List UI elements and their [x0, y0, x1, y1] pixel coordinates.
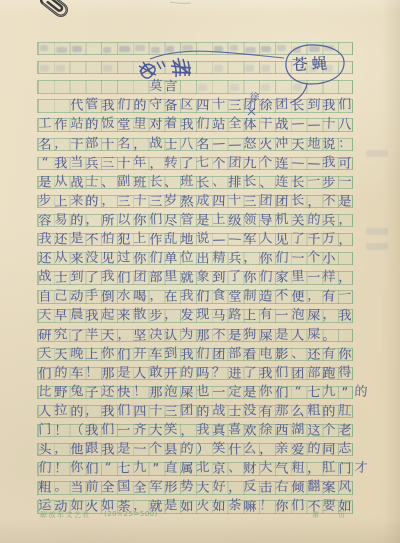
handwritten-char: 军 — [147, 479, 164, 496]
handwritten-char: 见 — [274, 232, 290, 248]
handwritten-char: 自 — [37, 289, 53, 305]
handwritten-char: 十 — [321, 116, 338, 133]
handwritten-char: 喜 — [226, 421, 242, 438]
handwritten-char: 九 — [321, 383, 337, 400]
handwritten-char: 起 — [100, 307, 117, 324]
handwritten-char: 七 — [116, 460, 132, 476]
handwritten-char: 大 — [258, 459, 274, 476]
handwritten-char: ， — [305, 288, 322, 305]
handwritten-char: 食 — [210, 287, 226, 304]
footer-page-suffix: 页 — [338, 510, 347, 520]
handwritten-char: 家 — [274, 269, 290, 285]
handwritten-char: 亲 — [274, 440, 290, 457]
handwritten-char: 地 — [179, 231, 195, 247]
handwritten-char: ， — [305, 193, 321, 209]
handwritten-char: 怕 — [100, 230, 117, 247]
handwritten-char: 我 — [100, 403, 116, 419]
handwritten-char: 位 — [179, 249, 195, 266]
handwritten-char: 团 — [274, 193, 290, 209]
handwritten-char: 们 — [258, 268, 275, 285]
ghost-ink-smudge — [261, 65, 270, 72]
handwritten-char: 战 — [210, 402, 227, 419]
handwritten-char: 到 — [68, 268, 85, 285]
handwritten-char: 得 — [337, 364, 353, 381]
handwritten-char: 了 — [242, 364, 259, 381]
handwritten-char: ， — [305, 460, 321, 476]
handwritten-char: 就 — [179, 270, 195, 286]
handwritten-char: 湖 — [289, 421, 305, 438]
handwritten-char: 岁 — [163, 192, 179, 209]
handwritten-char: 名 — [37, 136, 53, 152]
handwritten-char: 财 — [242, 460, 258, 476]
erased-ink-smudge — [166, 46, 174, 52]
handwritten-char: 也 — [195, 383, 211, 400]
erased-ink-smudge — [324, 45, 334, 51]
handwritten-char: 容 — [37, 212, 53, 228]
handwritten-char: 我 — [100, 98, 116, 114]
handwritten-char: 嘛 — [242, 499, 258, 515]
handwritten-char: 团 — [226, 154, 243, 171]
handwritten-char: 们 — [274, 384, 290, 400]
footer-grid-spec: (20×25=500) — [104, 510, 158, 518]
erased-ink-smudge — [119, 46, 130, 52]
handwritten-char: 、 — [258, 174, 274, 190]
handwritten-char: 象 — [195, 268, 212, 285]
handwritten-char: 国 — [116, 478, 132, 495]
handwritten-char: 们 — [37, 459, 54, 476]
handwritten-char: 小 — [321, 251, 337, 267]
handwritten-char: 班 — [179, 173, 195, 190]
handwritten-char: 管 — [84, 96, 100, 113]
handwritten-char: 来 — [68, 251, 84, 267]
handwritten-char: 头 — [37, 442, 53, 458]
handwritten-char: 晨 — [68, 306, 84, 323]
handwritten-char: 部 — [305, 364, 322, 381]
handwritten-char: — — [305, 155, 321, 171]
handwritten-char: 一 — [211, 384, 227, 400]
handwritten-char: 连 — [274, 155, 290, 171]
erased-ink-smudge — [245, 47, 256, 53]
handwritten-char: 人 — [290, 327, 306, 343]
handwritten-char: 们 — [100, 421, 116, 438]
handwritten-char: 不 — [210, 326, 227, 343]
handwritten-char: ， — [147, 155, 163, 171]
handwritten-char: ！ — [53, 460, 69, 476]
handwritten-char: 进 — [226, 365, 242, 381]
handwritten-char: — — [305, 117, 321, 133]
handwritten-char: 乱 — [163, 230, 180, 247]
handwritten-char: 我 — [179, 117, 195, 133]
handwritten-char: 精 — [210, 249, 227, 266]
handwritten-char: 屎 — [305, 326, 321, 343]
handwritten-char: 晚 — [68, 345, 85, 362]
handwritten-char: 士 — [53, 270, 69, 286]
handwritten-char: 天 — [37, 307, 54, 324]
handwritten-char: 们 — [116, 270, 132, 286]
handwritten-char: 荼 — [226, 497, 242, 514]
handwritten-char: 长 — [195, 174, 211, 190]
handwritten-char: 转 — [163, 154, 180, 171]
handwritten-char: 了 — [84, 269, 100, 285]
handwritten-char: 你 — [258, 383, 274, 400]
handwritten-char: ！ — [53, 423, 69, 439]
handwritten-char: （ — [68, 421, 85, 438]
handwritten-char: 天 — [37, 345, 53, 362]
handwritten-char: 的 — [52, 364, 69, 381]
handwritten-char: 全 — [100, 479, 116, 495]
handwritten-char: ， — [226, 479, 242, 495]
handwritten-char: 我 — [100, 442, 116, 458]
handwritten-char: 一 — [305, 173, 321, 190]
handwritten-char: 是 — [37, 174, 53, 190]
handwritten-char: 个 — [211, 155, 227, 171]
handwritten-char: 你 — [258, 251, 274, 267]
handwritten-char: 们 — [147, 249, 164, 266]
handwritten-char: 了 — [289, 230, 306, 247]
ghost-ink-smudge — [182, 65, 191, 72]
handwritten-char: 风 — [337, 479, 354, 496]
handwritten-char: 们 — [116, 402, 132, 419]
handwritten-char: 上 — [210, 211, 226, 228]
handwritten-char: 管 — [179, 211, 196, 228]
handwritten-char: 战 — [274, 117, 290, 133]
handwritten-char: 要 — [321, 498, 338, 515]
ghost-ink-smudge — [230, 84, 239, 91]
handwritten-char: 车 — [68, 365, 84, 381]
handwritten-char: 是 — [226, 327, 242, 343]
handwritten-char: ， — [84, 211, 100, 228]
handwritten-char: 备 — [163, 98, 179, 114]
handwritten-char: 团 — [211, 346, 227, 362]
handwritten-char: 七 — [195, 154, 211, 171]
handwritten-char: 好 — [210, 479, 227, 496]
handwritten-char: 那 — [274, 402, 291, 419]
handwritten-char: 研 — [37, 327, 53, 343]
handwritten-char: 还 — [53, 231, 69, 247]
handwritten-char: 门 — [337, 461, 353, 477]
handwritten-char: 形 — [163, 479, 179, 495]
handwritten-char: 饭 — [100, 115, 116, 132]
handwritten-char: ， — [321, 306, 337, 323]
handwritten-char: 机 — [274, 211, 290, 228]
handwritten-char: 里 — [163, 268, 179, 285]
handwritten-char: 一 — [337, 287, 353, 304]
handwritten-char: 一 — [337, 173, 354, 190]
handwritten-char: ， — [100, 192, 116, 209]
handwritten-char: ， — [52, 440, 69, 457]
handwritten-char: 反 — [242, 478, 258, 495]
handwritten-char: 上 — [53, 193, 69, 209]
handwritten-char: 爱 — [290, 442, 306, 458]
manuscript-page: 莫言代管我们的守备区四十三团徐团长到我们徐工作站的饭堂里对着我们站全体干战——十… — [0, 0, 400, 543]
handwritten-char: 便 — [290, 289, 306, 305]
handwritten-char: 四 — [211, 193, 227, 209]
ghost-ink-smudge — [366, 243, 388, 250]
handwritten-char: 们 — [337, 96, 353, 113]
erased-ink-smudge — [214, 46, 223, 52]
annotation-title-text: 苍蝇 — [291, 51, 344, 76]
paperclip-icon — [22, 0, 92, 36]
handwritten-char: 站 — [211, 117, 227, 133]
erased-ink-smudge — [151, 47, 160, 53]
handwritten-char: 半 — [84, 326, 101, 343]
handwritten-char: 的 — [305, 440, 322, 457]
handwritten-char: 三 — [116, 193, 132, 209]
handwritten-char: 来 — [116, 308, 132, 324]
handwritten-char: 看 — [242, 346, 258, 362]
handwritten-char: 我 — [321, 154, 337, 171]
handwritten-char: 粗 — [305, 402, 321, 419]
handwritten-char: 班 — [132, 174, 148, 190]
handwritten-char: 才 — [353, 459, 370, 476]
handwritten-char: 名 — [116, 135, 133, 152]
handwritten-char: 兵 — [321, 212, 337, 228]
footer-publisher: 解放军文艺社 — [40, 510, 91, 520]
handwritten-char: 子 — [84, 384, 100, 400]
handwritten-char: 的 — [68, 403, 84, 419]
handwritten-char: 熬 — [179, 193, 195, 209]
handwritten-char: 说 — [321, 136, 337, 152]
handwritten-char: 步 — [321, 174, 337, 190]
handwritten-char: 还 — [37, 250, 53, 266]
ghost-ink-smudge — [214, 65, 223, 72]
handwritten-char: 他 — [68, 441, 84, 457]
handwritten-char: 是 — [274, 326, 291, 343]
handwritten-char: 莫 — [147, 77, 164, 94]
handwritten-char: 这 — [305, 423, 321, 439]
handwritten-char: ： — [337, 135, 353, 152]
handwritten-char: 到 — [211, 269, 227, 285]
handwritten-char: 我 — [258, 365, 274, 381]
handwritten-char: 站 — [68, 116, 85, 133]
handwritten-char: 翻 — [305, 478, 321, 495]
handwritten-char: — — [210, 135, 226, 152]
handwritten-char: 团 — [274, 96, 290, 113]
handwritten-char: 造 — [258, 288, 274, 304]
handwritten-char: 怒 — [242, 135, 259, 152]
handwritten-char: 步 — [147, 308, 163, 324]
handwritten-char: 跟 — [84, 440, 100, 457]
handwritten-char: 们 — [195, 116, 212, 133]
handwritten-char: 门 — [37, 421, 53, 438]
handwritten-char: 成 — [195, 192, 212, 209]
handwritten-char: 十 — [210, 96, 226, 113]
handwritten-char: 八 — [337, 117, 353, 133]
handwritten-char: 三 — [147, 193, 163, 209]
handwritten-char: 笑 — [210, 440, 226, 457]
handwritten-char: 们 — [274, 249, 291, 266]
handwritten-char: 县 — [163, 442, 179, 458]
handwritten-char: 击 — [258, 480, 274, 496]
handwritten-char: 泡 — [163, 383, 180, 400]
handwritten-char: 士 — [84, 173, 101, 190]
handwritten-char: 说 — [195, 230, 211, 247]
handwritten-char: 长 — [242, 173, 258, 190]
handwritten-char: ， — [242, 249, 258, 266]
handwritten-char: 没 — [242, 402, 258, 419]
handwritten-char: — — [226, 136, 242, 152]
handwritten-char: ， — [337, 269, 353, 285]
handwritten-char: 路 — [226, 307, 243, 324]
handwritten-char: 十 — [100, 136, 116, 152]
handwritten-char: 们 — [147, 211, 163, 228]
handwritten-char: 喝 — [132, 288, 148, 304]
handwritten-char: 影 — [274, 346, 290, 362]
handwritten-char: 个 — [258, 154, 274, 171]
handwritten-char: — — [289, 154, 306, 171]
handwritten-char: 我 — [179, 288, 196, 305]
handwritten-char: 那 — [147, 384, 163, 400]
handwritten-char: 快 — [116, 384, 132, 400]
handwritten-char: 十 — [131, 192, 148, 209]
handwritten-char: 气 — [274, 461, 290, 477]
handwritten-char: 车 — [147, 346, 163, 362]
handwritten-char: 长 — [290, 98, 306, 114]
handwritten-char: 你 — [100, 345, 116, 362]
handwritten-char: 我 — [53, 155, 69, 171]
handwritten-char: 决 — [147, 326, 164, 343]
handwritten-char: 士 — [163, 136, 179, 152]
handwritten-char: 上 — [242, 308, 258, 324]
handwritten-char: 粗 — [37, 479, 53, 495]
handwritten-char: 屎 — [258, 327, 274, 343]
handwritten-char: 从 — [52, 173, 68, 190]
handwritten-char: 堂 — [116, 117, 132, 133]
handwritten-char: 个 — [321, 421, 338, 438]
handwritten-char: 团 — [179, 402, 195, 419]
handwritten-char: 们 — [195, 345, 212, 362]
handwritten-char: 级 — [226, 212, 242, 228]
handwritten-char: 以 — [116, 211, 133, 228]
top-scratch-mark — [170, 2, 191, 3]
handwritten-char: 发 — [179, 308, 195, 324]
erased-ink-smudge — [261, 46, 271, 52]
handwritten-char: 里 — [289, 268, 305, 285]
erased-ink-smudge — [40, 45, 48, 51]
handwritten-char: ， — [84, 402, 101, 419]
handwritten-char: 到 — [163, 345, 179, 362]
handwritten-char: 到 — [305, 97, 322, 114]
handwritten-char: 倾 — [290, 479, 306, 495]
handwritten-char: 易 — [52, 211, 69, 228]
handwritten-char: ！ — [258, 498, 275, 515]
handwritten-char: 军 — [242, 231, 258, 247]
handwritten-char: 手 — [84, 287, 100, 304]
handwritten-char: 还 — [100, 383, 117, 400]
handwritten-char: 的 — [132, 97, 148, 113]
handwritten-char: 工 — [37, 115, 53, 132]
handwritten-char: 兔 — [68, 383, 84, 400]
handwritten-char: 区 — [179, 97, 196, 114]
handwritten-char: 。 — [52, 478, 68, 495]
handwritten-char: 战 — [147, 135, 163, 152]
handwritten-char: 士 — [226, 403, 242, 419]
handwritten-char: 一 — [274, 308, 290, 324]
handwritten-char: 水 — [116, 288, 133, 305]
handwritten-char: — — [289, 115, 305, 132]
handwritten-char: 天 — [290, 136, 306, 152]
handwritten-char: 四 — [132, 403, 148, 419]
handwritten-char: 可 — [337, 155, 353, 171]
handwritten-char: 犯 — [116, 231, 132, 247]
handwritten-char: 势 — [179, 478, 195, 495]
handwritten-char: 十 — [147, 402, 164, 419]
handwritten-char: 肛 — [321, 459, 337, 476]
handwritten-char: 一 — [116, 423, 132, 439]
handwritten-char: 是 — [116, 440, 133, 457]
handwritten-char: 们 — [274, 364, 290, 381]
handwritten-char: 全 — [226, 115, 242, 132]
handwritten-char: 部 — [84, 135, 100, 152]
handwritten-char: 四 — [195, 97, 211, 113]
handwritten-char: 制 — [242, 288, 259, 305]
handwritten-char: 干 — [68, 136, 84, 152]
handwritten-char: 还 — [305, 346, 321, 362]
handwritten-char: 大 — [195, 480, 211, 496]
handwritten-char: 天 — [53, 346, 69, 362]
ghost-ink-smudge — [40, 65, 49, 72]
handwritten-char: ， — [337, 211, 353, 228]
handwritten-char: 一 — [290, 250, 306, 266]
ghost-ink-smudge — [293, 84, 302, 91]
handwritten-char: 了 — [68, 327, 84, 343]
handwritten-char: 有 — [321, 288, 337, 304]
handwritten-char: 你 — [274, 499, 290, 515]
handwritten-char: 如 — [211, 499, 227, 515]
handwritten-char: 代 — [68, 97, 84, 113]
handwritten-char: 己 — [52, 288, 69, 305]
handwritten-char: 粗 — [289, 459, 306, 476]
handwritten-char: 所 — [100, 212, 116, 228]
footer-page-prefix: 第 — [312, 510, 321, 520]
handwritten-char: 上 — [84, 346, 100, 362]
handwritten-char: 的 — [179, 364, 196, 381]
handwritten-char: ？ — [210, 364, 226, 381]
handwritten-char: 电 — [258, 345, 275, 362]
handwritten-char: 冲 — [274, 135, 290, 152]
handwritten-char: 的 — [179, 440, 196, 457]
handwritten-char: ， — [163, 307, 180, 324]
handwritten-char: 么 — [290, 403, 306, 419]
handwritten-char: 野 — [53, 384, 69, 400]
handwritten-char: 团 — [131, 268, 148, 285]
handwritten-char: 有 — [258, 403, 274, 419]
handwritten-char: 真 — [211, 422, 227, 438]
handwritten-char: 三 — [100, 154, 117, 171]
handwritten-char: — — [211, 232, 227, 248]
handwritten-char: 你 — [132, 251, 148, 267]
ghost-ink-smudge — [56, 65, 65, 72]
handwritten-char: 不 — [321, 192, 338, 209]
handwritten-char: 兵 — [84, 155, 100, 171]
handwritten-char: 是 — [337, 193, 353, 209]
handwritten-char: 我 — [100, 268, 116, 285]
handwritten-char: 三 — [226, 98, 242, 114]
handwritten-char: 天 — [100, 327, 116, 343]
handwritten-char: 那 — [100, 365, 116, 381]
handwritten-char: 有 — [258, 306, 274, 323]
handwritten-char: 坚 — [132, 327, 148, 343]
handwritten-char: 单 — [163, 250, 179, 266]
handwritten-char: 言 — [163, 78, 179, 94]
handwritten-char: 没 — [84, 249, 101, 266]
handwritten-char: 当 — [68, 480, 84, 496]
handwritten-char: 全 — [132, 480, 148, 496]
inserted-correction-char: 徐 — [250, 89, 260, 104]
handwritten-char: 三 — [163, 403, 179, 419]
handwritten-char: 样 — [321, 268, 338, 285]
handwritten-char: 有 — [321, 345, 338, 362]
